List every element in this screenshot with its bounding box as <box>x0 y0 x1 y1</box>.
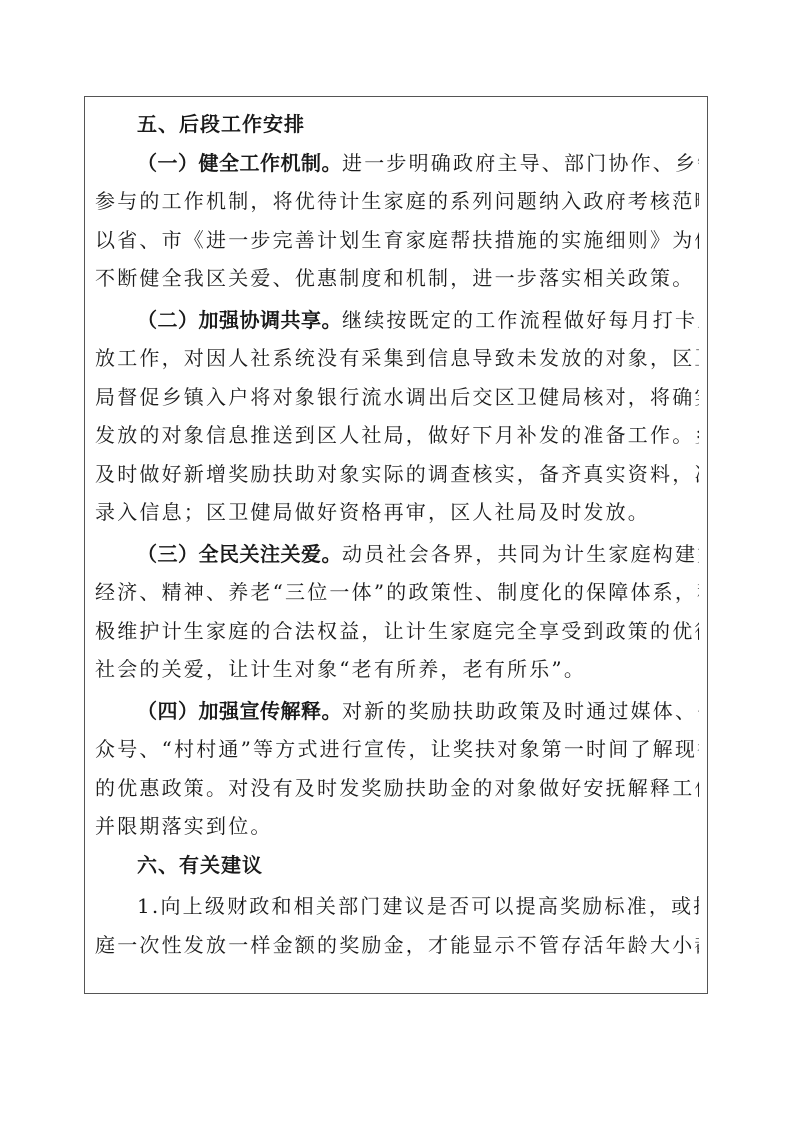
paragraph-line: 录入信息；区卫健局做好资格再审，区人社局及时发放。 <box>95 493 699 532</box>
paragraph-line: 众号、“村村通”等方式进行宣传，让奖扶对象第一时间了解现行 <box>95 730 699 769</box>
paragraph-4-line-1: （四）加强宣传解释。对新的奖励扶助政策及时通过媒体、公 <box>95 692 699 731</box>
paragraph-line: 发放的对象信息推送到区人社局，做好下月补发的准备工作。乡镇 <box>95 416 699 455</box>
paragraph-lead: （一）健全工作机制。 <box>137 151 342 175</box>
document-body: 五、后段工作安排 （一）健全工作机制。进一步明确政府主导、部门协作、乡镇 参与的… <box>95 105 699 964</box>
paragraph-line: 的优惠政策。对没有及时发奖励扶助金的对象做好安抚解释工作， <box>95 769 699 808</box>
section-heading-6: 六、有关建议 <box>95 846 699 885</box>
paragraph-line: 及时做好新增奖励扶助对象实际的调查核实，备齐真实资料，准确 <box>95 455 699 494</box>
suggestion-1-line-2: 庭一次性发放一样金额的奖励金，才能显示不管存活年龄大小都能 <box>95 926 699 965</box>
suggestion-1-line-1: 1.向上级财政和相关部门建议是否可以提高奖励标准，或按家 <box>95 887 699 926</box>
paragraph-line: 经济、精神、养老“三位一体”的政策性、制度化的保障体系，积 <box>95 573 699 612</box>
paragraph-text: 动员社会各界，共同为计生家庭构建好 <box>342 542 699 566</box>
paragraph-line: 并限期落实到位。 <box>95 807 699 846</box>
paragraph-text: 对新的奖励扶助政策及时通过媒体、公 <box>342 699 699 723</box>
paragraph-line: 局督促乡镇入户将对象银行流水调出后交区卫健局核对，将确实未 <box>95 378 699 417</box>
paragraph-line: 参与的工作机制，将优待计生家庭的系列问题纳入政府考核范畴， <box>95 182 699 221</box>
paragraph-line: 社会的关爱，让计生对象“老有所养，老有所乐”。 <box>95 650 699 689</box>
paragraph-line: 放工作，对因人社系统没有采集到信息导致未发放的对象，区卫健 <box>95 339 699 378</box>
paragraph-lead: （三）全民关注关爱。 <box>137 542 342 566</box>
paragraph-2-line-1: （二）加强协调共享。继续按既定的工作流程做好每月打卡发 <box>95 301 699 340</box>
section-heading-5: 五、后段工作安排 <box>95 105 699 144</box>
paragraph-text: 继续按既定的工作流程做好每月打卡发 <box>342 308 699 332</box>
paragraph-line: 极维护计生家庭的合法权益，让计生家庭完全享受到政策的优待和 <box>95 612 699 651</box>
paragraph-1-line-1: （一）健全工作机制。进一步明确政府主导、部门协作、乡镇 <box>95 144 699 183</box>
document-frame: 五、后段工作安排 （一）健全工作机制。进一步明确政府主导、部门协作、乡镇 参与的… <box>84 96 708 994</box>
paragraph-lead: （四）加强宣传解释。 <box>137 699 342 723</box>
paragraph-line: 不断健全我区关爱、优惠制度和机制，进一步落实相关政策。 <box>95 259 699 298</box>
paragraph-3-line-1: （三）全民关注关爱。动员社会各界，共同为计生家庭构建好 <box>95 535 699 574</box>
paragraph-text: 进一步明确政府主导、部门协作、乡镇 <box>342 151 699 175</box>
paragraph-lead: （二）加强协调共享。 <box>137 308 342 332</box>
paragraph-line: 以省、市《进一步完善计划生育家庭帮扶措施的实施细则》为依据， <box>95 221 699 260</box>
